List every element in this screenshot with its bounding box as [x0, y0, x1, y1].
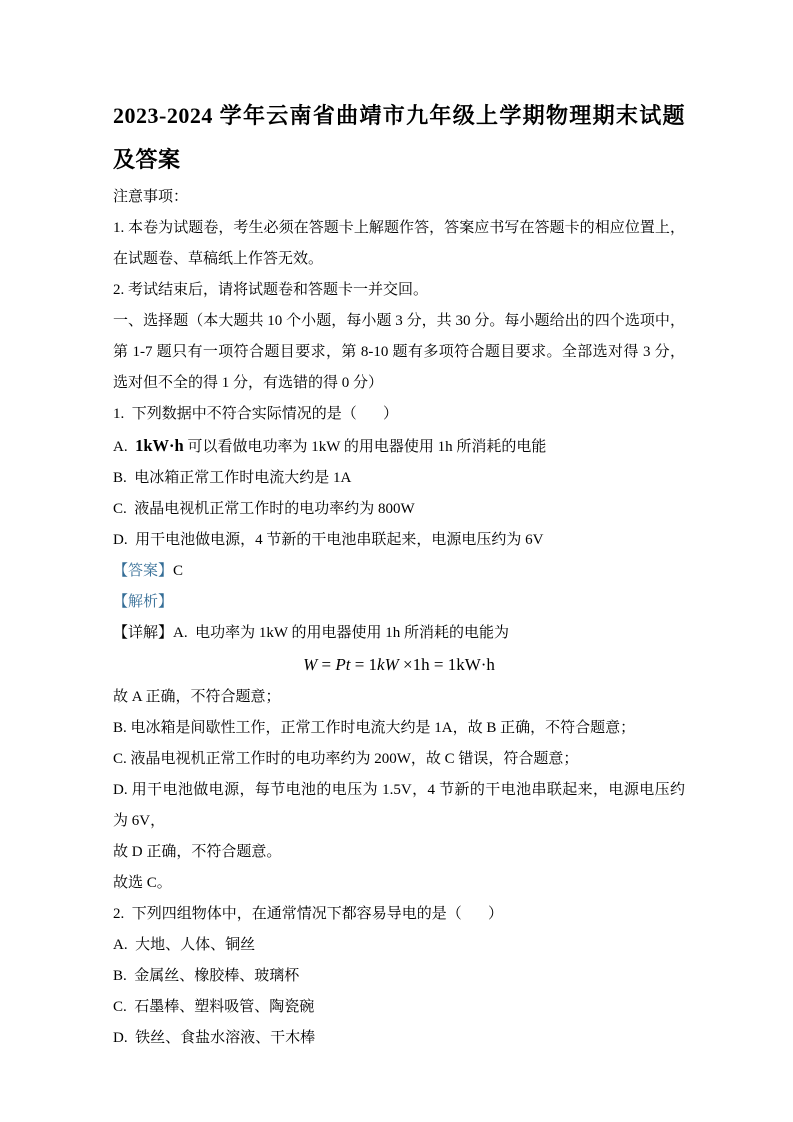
q1-option-a-unit: 1kW·h — [135, 436, 184, 455]
q1-option-a-text: 可以看做电功率为 1kW 的用电器使用 1h 所消耗的电能 — [184, 439, 547, 455]
q1-explain-line: D. 用干电池做电源，每节电池的电压为 1.5V，4 节新的干电池串联起来，电源… — [113, 775, 685, 837]
q1-explain-line: B. 电冰箱是间歇性工作，正常工作时电流大约是 1A，故 B 正确，不符合题意； — [113, 713, 685, 744]
q1-explain-line: 故选 C。 — [113, 868, 685, 899]
q1-option-b: B. 电冰箱正常工作时电流大约是 1A — [113, 463, 685, 494]
formula-eq2: = 1 — [350, 655, 377, 674]
q2-option-b: B. 金属丝、橡胶棒、玻璃杯 — [113, 961, 685, 992]
q1-stem: 1. 下列数据中不符合实际情况的是（ ） — [113, 399, 685, 430]
q1-analysis-line: 【解析】 — [113, 587, 685, 618]
q1-explain-line: C. 液晶电视机正常工作时的电功率约为 200W，故 C 错误，符合题意； — [113, 744, 685, 775]
notice-item-1: 1. 本卷为试题卷，考生必须在答题卡上解题作答，答案应书写在答题卡的相应位置上，… — [113, 213, 685, 275]
q1-option-a-letter: A. — [113, 439, 135, 455]
notice-item-2: 2. 考试结束后，请将试题卷和答题卡一并交回。 — [113, 275, 685, 306]
q1-answer-label: 【答案】 — [113, 563, 173, 579]
formula-tail: ×1h = 1kW·h — [399, 655, 495, 674]
document-title: 2023-2024 学年云南省曲靖市九年级上学期物理期末试题及答案 — [113, 94, 685, 182]
q1-option-a: A. 1kW·h 可以看做电功率为 1kW 的用电器使用 1h 所消耗的电能 — [113, 430, 685, 463]
formula-eq1: = — [317, 655, 335, 674]
document-page: 2023-2024 学年云南省曲靖市九年级上学期物理期末试题及答案 注意事项： … — [0, 0, 793, 1122]
formula-var-pt: Pt — [335, 655, 350, 674]
notice-heading: 注意事项： — [113, 182, 685, 213]
q1-option-c: C. 液晶电视机正常工作时的电功率约为 800W — [113, 494, 685, 525]
q2-stem: 2. 下列四组物体中，在通常情况下都容易导电的是（ ） — [113, 899, 685, 930]
q1-option-d: D. 用干电池做电源，4 节新的干电池串联起来，电源电压约为 6V — [113, 525, 685, 556]
q1-explain-line: 故 A 正确，不符合题意； — [113, 682, 685, 713]
formula-var-kw: kW — [377, 655, 399, 674]
q1-formula: W = Pt = 1kW ×1h = 1kW·h — [113, 649, 685, 682]
q2-option-a: A. 大地、人体、铜丝 — [113, 930, 685, 961]
q1-explain-line: 故 D 正确，不符合题意。 — [113, 837, 685, 868]
section-heading: 一、选择题（本大题共 10 个小题，每小题 3 分，共 30 分。每小题给出的四… — [113, 306, 685, 399]
q2-option-d: D. 铁丝、食盐水溶液、干木棒 — [113, 1023, 685, 1054]
q1-answer-line: 【答案】C — [113, 556, 685, 587]
q1-analysis-label: 【解析】 — [113, 594, 173, 610]
formula-var-w: W — [303, 655, 317, 674]
q1-answer-value: C — [173, 563, 183, 579]
q2-option-c: C. 石墨棒、塑料吸管、陶瓷碗 — [113, 992, 685, 1023]
q1-detail-line: 【详解】A. 电功率为 1kW 的用电器使用 1h 所消耗的电能为 — [113, 618, 685, 649]
